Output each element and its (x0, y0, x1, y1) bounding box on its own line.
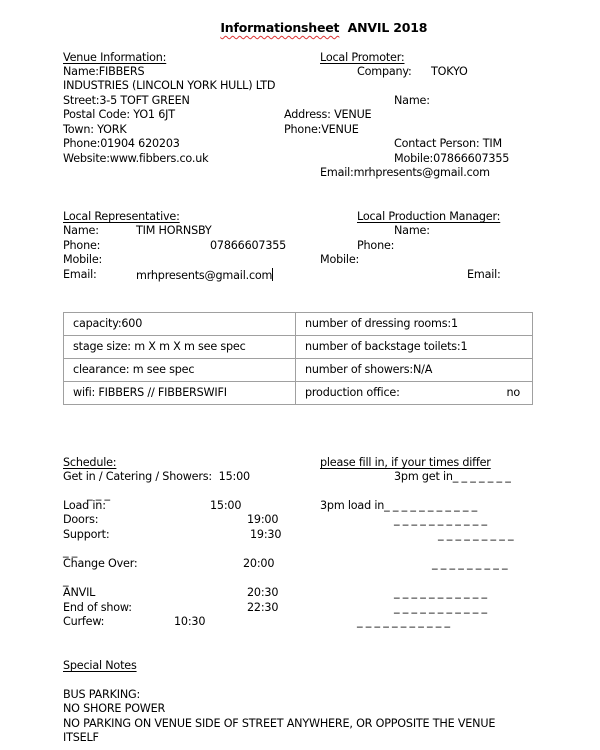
promoter-name: Name: (394, 94, 430, 108)
fill-in-getin[interactable]: 3pm get in_ _ _ _ _ _ _ (394, 470, 511, 484)
document-title: Informationsheet ANVIL 2018 (212, 7, 427, 35)
representative-phone-value: 07866607355 (210, 239, 286, 253)
promoter-company-label: Company: (357, 65, 412, 79)
representative-mobile-label: Mobile: (63, 253, 102, 267)
production-manager-heading: Local Production Manager: (357, 210, 500, 224)
note-line: NO PARKING ON VENUE SIDE OF STREET ANYWH… (63, 717, 495, 731)
representative-heading: Local Representative: (63, 210, 180, 224)
schedule-curfew-label: Curfew: (63, 615, 104, 629)
fact-stage-size: stage size: m X m X m see spec (64, 336, 296, 359)
fact-clearance: clearance: m see spec (64, 359, 296, 382)
fill-in-curfew[interactable]: _ _ _ _ _ _ _ _ _ _ _ (357, 615, 450, 629)
fill-in-loadin[interactable]: 3pm load in_ _ _ _ _ _ _ _ _ _ _ (320, 499, 477, 513)
representative-email-value: mrhpresents@gmail.com (136, 269, 272, 282)
representative-email-field[interactable]: mrhpresents@gmail.com (136, 268, 273, 283)
promoter-heading: Local Promoter: (320, 51, 404, 65)
fill-in-end[interactable]: _ _ _ _ _ _ _ _ _ _ _ (394, 601, 487, 615)
representative-name-value: TIM HORNSBY (136, 224, 212, 238)
promoter-email: Email:mrhpresents@gmail.com (320, 166, 490, 180)
production-manager-phone: Phone: (357, 239, 394, 253)
venue-phone: Phone:01904 620203 (63, 137, 180, 151)
schedule-getin: Get in / Catering / Showers: 15:00 (63, 470, 250, 484)
promoter-contact: Contact Person: TIM (394, 137, 502, 151)
venue-postal: Postal Code: YO1 6JT (63, 108, 175, 122)
special-notes-heading: Special Notes (63, 659, 137, 673)
fact-wifi: wifi: FIBBERS // FIBBERSWIFI (64, 382, 296, 405)
fact-capacity: capacity:600 (64, 313, 296, 336)
venue-town: Town: YORK (63, 123, 126, 137)
venue-heading: Venue Information: (63, 51, 166, 65)
fill-in-doors[interactable]: _ _ _ _ _ _ _ _ _ _ _ (394, 513, 487, 527)
table-row: capacity:600 number of dressing rooms:1 (64, 313, 533, 336)
venue-name: Name:FIBBERS (63, 65, 144, 79)
representative-name-label: Name: (63, 224, 99, 238)
fact-label: number of backstage toilets:1 (305, 340, 467, 354)
fill-in-anvil[interactable]: _ _ _ _ _ _ _ _ _ _ _ (394, 586, 487, 600)
table-row: wifi: FIBBERS // FIBBERSWIFI production … (64, 382, 533, 405)
fact-dressing-rooms: number of dressing rooms:1 (296, 313, 533, 336)
fact-production-office: production office:no (296, 382, 533, 405)
schedule-changeover-label: Change Over: (63, 557, 137, 571)
schedule-doors-label: Doors: (63, 513, 98, 527)
fact-toilets: number of backstage toilets:1 (296, 336, 533, 359)
promoter-mobile: Mobile:07866607355 (394, 152, 509, 166)
schedule-end-label: End of show: (63, 601, 132, 615)
table-row: clearance: m see spec number of showers:… (64, 359, 533, 382)
production-manager-email: Email: (467, 268, 501, 282)
schedule-anvil-time: 20:30 (247, 586, 278, 600)
fact-label: number of showers:N/A (305, 363, 432, 377)
fact-showers: number of showers:N/A (296, 359, 533, 382)
production-manager-name: Name: (394, 224, 430, 238)
schedule-doors-time: 19:00 (247, 513, 278, 527)
schedule-curfew-time: 10:30 (174, 615, 205, 629)
schedule-support-label: Support: (63, 528, 109, 542)
schedule-loadin-time: 15:00 (210, 499, 241, 513)
note-line: NO SHORE POWER (63, 702, 165, 716)
title-main: Informationsheet (220, 20, 339, 35)
schedule-loadin-label: Load in: (63, 499, 106, 513)
schedule-changeover-time: 20:00 (243, 557, 274, 571)
schedule-anvil-label: ANVIL (63, 586, 95, 600)
note-line: ITSELF (63, 731, 99, 745)
text-cursor (272, 268, 273, 281)
fact-label: number of dressing rooms:1 (305, 317, 458, 331)
promoter-company-value: TOKYO (431, 65, 468, 79)
production-manager-mobile: Mobile: (320, 253, 359, 267)
fact-value: no (506, 386, 520, 400)
fill-in-heading: please fill in, if your times differ (320, 456, 491, 470)
venue-street: Street:3-5 TOFT GREEN (63, 94, 190, 108)
schedule-end-time: 22:30 (247, 601, 278, 615)
schedule-heading: Schedule: (63, 456, 116, 470)
fill-in-support[interactable]: _ _ _ _ _ _ _ _ _ (438, 528, 513, 542)
schedule-support-time: 19:30 (250, 528, 281, 542)
promoter-phone: Phone:VENUE (284, 123, 359, 137)
promoter-address: Address: VENUE (284, 108, 371, 122)
fact-label: production office: (305, 386, 400, 400)
venue-website: Website:www.fibbers.co.uk (63, 152, 208, 166)
note-line: BUS PARKING: (63, 688, 140, 702)
title-sub: ANVIL 2018 (348, 20, 428, 35)
representative-phone-label: Phone: (63, 239, 100, 253)
fill-in-changeover[interactable]: _ _ _ _ _ _ _ _ _ (432, 557, 507, 571)
venue-facts-table: capacity:600 number of dressing rooms:1 … (63, 312, 533, 405)
representative-email-label: Email: (63, 268, 97, 282)
venue-company: INDUSTRIES (LINCOLN YORK HULL) LTD (63, 79, 275, 93)
table-row: stage size: m X m X m see spec number of… (64, 336, 533, 359)
